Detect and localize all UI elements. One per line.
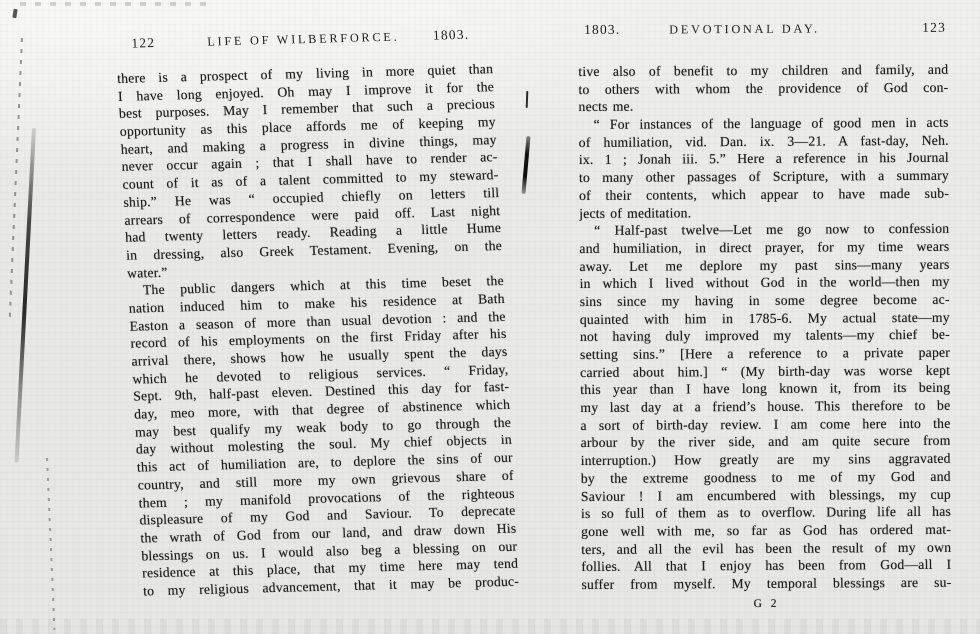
signature-mark: G 2: [582, 596, 952, 610]
text-line: ters, and all the evil has been the resu…: [581, 538, 951, 558]
text-line: of their contents, which appear to have …: [579, 185, 949, 205]
text-line: interruption.) How greatly are my sins a…: [581, 450, 951, 470]
text-line: follies. All that I enjoy has been from …: [581, 556, 951, 576]
book-scan: 122 LIFE OF WILBERFORCE. 1803. there is …: [0, 0, 980, 634]
right-text-block: tive also of benefit to my children and …: [578, 61, 951, 594]
text-line: to others with whom the providence of Go…: [578, 78, 948, 98]
scan-artifact-binding-speckle: [9, 38, 23, 318]
text-line: jects of meditation.: [579, 202, 949, 222]
scan-artifact-gutter-mark-short: [526, 91, 529, 108]
text-line: ix. 1 ; Jonah iii. 5.” Here a reference …: [579, 149, 949, 169]
scan-artifact-binding-crease-tail: [46, 458, 56, 630]
scan-artifact-gutter-mark-long: [521, 136, 530, 194]
text-line: not having duly improved my talents—my c…: [580, 326, 950, 346]
text-line: “ Half-past twelve—Let me go now to conf…: [579, 220, 949, 240]
text-line: in which I lived without God in the worl…: [580, 273, 950, 293]
text-line: “ For instances of the language of good …: [579, 114, 949, 134]
text-line: my last day at a friend’s house. This th…: [580, 397, 950, 417]
text-line: by the extreme goodness to me of my God …: [581, 468, 951, 488]
text-line: nects me.: [578, 96, 948, 116]
text-line: a sort of birth-day review. I am come he…: [580, 414, 950, 434]
text-line: and humiliation, in direct prayer, for m…: [579, 238, 949, 258]
scan-artifact-top-band: [20, 2, 210, 6]
text-line: to many other passages of Scripture, wit…: [579, 167, 949, 187]
right-page-number: 123: [922, 20, 946, 36]
text-line: this year than I have long known it, fro…: [580, 379, 950, 399]
text-line: tive also of benefit to my children and …: [578, 61, 948, 81]
left-text-block: there is a prospect of my living in more…: [117, 60, 520, 600]
left-page: 122 LIFE OF WILBERFORCE. 1803. there is …: [115, 26, 519, 600]
right-header-year: 1803.: [584, 22, 620, 38]
right-running-title: DEVOTIONAL DAY.: [669, 22, 820, 38]
text-line: gone well with me, so far as God has ord…: [581, 521, 951, 541]
text-line: suffer from myself. My temporal blessing…: [581, 574, 951, 594]
text-line: of humiliation, vid. Dan. ix. 3—21. A fa…: [579, 131, 949, 151]
text-line: away. Let me deplore my past sins—many y…: [579, 255, 949, 275]
text-line: sins since my having in some degree beco…: [580, 291, 950, 311]
left-header-year: 1803.: [433, 27, 470, 44]
left-page-number: 122: [131, 35, 156, 52]
scan-artifact-binding-crease: [14, 128, 36, 463]
text-line: carried about him.] “ (My birth-day was …: [580, 361, 950, 381]
right-page: 1803. DEVOTIONAL DAY. 123 tive also of b…: [578, 20, 952, 611]
right-page-header: 1803. DEVOTIONAL DAY. 123: [578, 20, 948, 39]
text-line: Saviour ! I am encumbered with blessings…: [581, 485, 951, 505]
left-page-header: 122 LIFE OF WILBERFORCE. 1803.: [115, 26, 492, 53]
scan-artifact-top-tick: [12, 9, 17, 18]
left-running-title: LIFE OF WILBERFORCE.: [207, 30, 400, 50]
text-line: quainted with him in 1785-6. My actual s…: [580, 308, 950, 328]
text-line: is so full of them as to overflow. Durin…: [581, 503, 951, 523]
text-line: setting sins.” [Here a reference to a pr…: [580, 344, 950, 364]
text-line: arbour by the river side, and am quite s…: [581, 432, 951, 452]
